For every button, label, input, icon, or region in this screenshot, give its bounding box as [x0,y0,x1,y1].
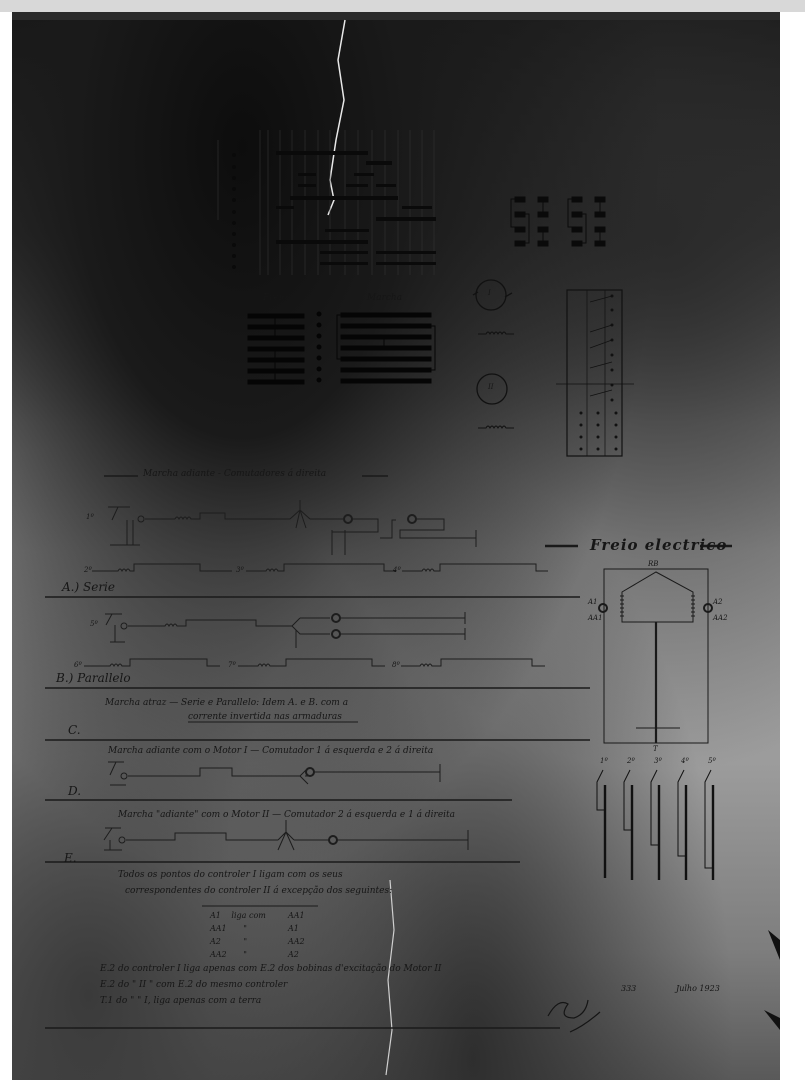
drawing-date: Julho 1923 [676,984,720,993]
section-e-line2: correspondentes do controler II á excepç… [125,886,392,896]
reverse-note-line2: corrente invertida nas armaduras [188,712,342,722]
section-c-text: Marcha adiante com o Motor I — Comutador… [108,746,433,756]
terminal-block [556,290,634,456]
exc-left: AA2 [210,950,227,959]
note-1: E.2 do controler I liga apenas com E.2 d… [100,964,441,974]
step-5: 5º [90,620,98,628]
step-1: 1º [86,513,94,521]
controller-matrix [218,130,436,275]
drawing-number: 333 [621,984,636,993]
coil-columns [597,770,713,880]
exc-row-2: AA1 " A1 [210,924,247,933]
section-a-label: Serie [83,580,115,594]
brake-run-panels [248,312,435,384]
run-panel-label: Marcha [367,293,402,303]
step-6: 6º [74,661,82,669]
section-b: B.) Parallelo [56,671,131,685]
main-heading: Marcha adiante - Comutadores á direita [143,469,326,479]
exc-right: AA2 [288,937,305,946]
reverse-note-line1: Marcha atraz — Serie e Parallelo: Idem A… [105,698,348,708]
switch-blocks [511,197,605,246]
brake-top-label: RB [648,560,658,568]
exc-left: A2 [210,937,221,946]
paper-crack-lower [386,880,394,1075]
note-2: E.2 do " II " com E.2 do mesmo controler [100,980,287,990]
coil-col-4: 4º [681,757,689,765]
brake-bottom-label: T [653,745,658,753]
coil-col-1: 1º [600,757,608,765]
note-3: T.1 do " " I, liga apenas com a terra [100,996,261,1006]
brake-left-terminal-1: A1 [588,598,598,606]
step-3: 3º [236,566,244,574]
exc-right: AA1 [288,911,305,920]
tear-mark [764,1010,780,1030]
section-e-letter: E. [64,851,77,865]
section-d-letter: D. [68,784,81,798]
step-8: 8º [392,661,400,669]
brake-right-terminal-2: AA2 [713,614,728,622]
section-a: A.) Serie [62,580,115,594]
exc-verb: " [243,924,247,933]
coil-col-2: 2º [627,757,635,765]
section-d-text: Marcha "adiante" com o Motor II — Comuta… [118,810,455,820]
motor-1-label: I [488,289,491,297]
exc-right: A1 [288,924,299,933]
exc-right: A2 [288,950,299,959]
exc-verb: " [243,950,247,959]
exc-left: AA1 [210,924,227,933]
step-2: 2º [84,566,92,574]
coil-col-5: 5º [708,757,716,765]
section-c-letter: C. [68,723,81,737]
paper-crack [328,20,345,215]
electric-brake-diagram [599,569,712,743]
step-4: 4º [393,566,401,574]
tear-mark [768,930,780,960]
brake-left-terminal-2: AA1 [588,614,603,622]
motor-diagrams [473,280,514,428]
coil-col-3: 3º [654,757,662,765]
exc-row-4: AA2 " A2 [210,950,247,959]
circuit-rows [84,500,548,850]
step-7: 7º [228,661,236,669]
exc-left: A1 [210,911,221,920]
exc-row-1: A1 liga com AA1 [210,911,266,920]
section-b-letter: B.) [56,671,73,685]
motor-2-label: II [488,383,494,391]
exc-verb: liga com [231,911,265,920]
electric-brake-title: Freio electrico [590,536,727,554]
brake-right-terminal-1: A2 [713,598,723,606]
exc-row-3: A2 " AA2 [210,937,247,946]
section-b-label: Parallelo [77,671,130,685]
exc-verb: " [243,937,247,946]
section-a-letter: A.) [62,580,79,594]
brake-panel-label: Freio [263,293,287,303]
section-e-line1: Todos os pontos do controler I ligam com… [118,870,343,880]
